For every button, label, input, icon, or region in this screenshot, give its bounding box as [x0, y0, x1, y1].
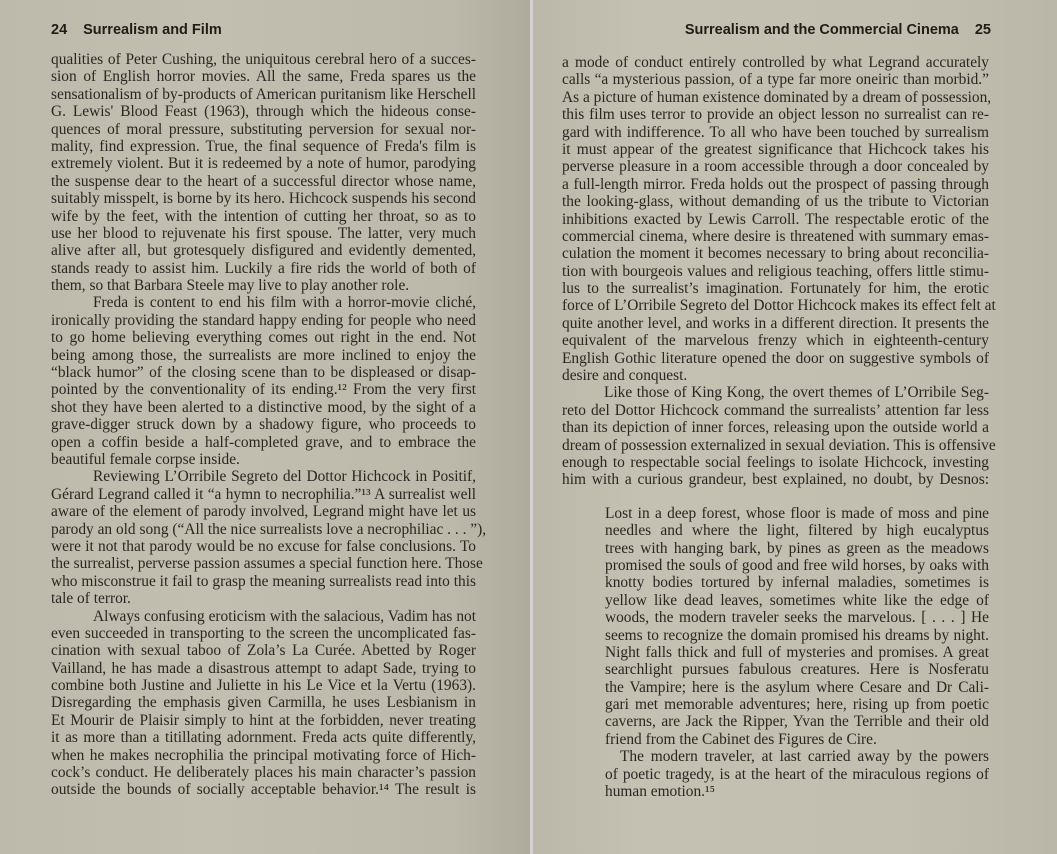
text-line: stands ready to assist him. Luckily a fi… — [51, 260, 476, 277]
text-line: cock’s conduct. He deliberately places h… — [51, 764, 476, 781]
text-line: it must appear of the greatest significa… — [562, 141, 989, 158]
text-line: G. Lewis' Blood Feast (1963), through wh… — [51, 103, 476, 120]
text-line: inhibitions exacted by Lewis Carroll. Th… — [562, 211, 989, 228]
text-line: gard with indifference. To all who have … — [562, 124, 989, 141]
text-line: dream of possession externalized in sexu… — [562, 437, 989, 454]
text-line: commercial cinema, where desire is threa… — [562, 228, 989, 245]
text-line: it as more than a titillating adornment.… — [51, 729, 476, 746]
text-line: wife by the feet, with the intention of … — [51, 208, 476, 225]
text-line: enough to respectable social feelings to… — [562, 454, 989, 471]
running-head-title-right: Surrealism and the Commercial Cinema — [685, 22, 959, 38]
text-line: perverse pleasure in a room accessible t… — [562, 158, 989, 175]
page-number-right: 25 — [975, 22, 991, 38]
text-line: mality, find expression. True, the final… — [51, 138, 476, 155]
text-line: English Gothic literature opened the doo… — [562, 350, 989, 367]
right-page-body: a mode of conduct entirely controlled by… — [562, 54, 989, 800]
text-line: grave-digger struck down by a shadowy fi… — [51, 416, 476, 433]
text-line: force of L’Orribile Segreto del Dottor H… — [562, 297, 989, 314]
quote-line: the Vampire; here is the asylum where Ce… — [605, 679, 989, 696]
running-head-left: 24Surrealism and Film — [51, 22, 222, 38]
text-line: him with a curious grandeur, best explai… — [562, 471, 989, 488]
right-page: Surrealism and the Commercial Cinema25 a… — [533, 0, 1057, 854]
text-line: suitably misspelt, is borne by its hero.… — [51, 190, 476, 207]
text-line: calls “a mysterious passion, of a type f… — [562, 71, 989, 88]
quote-line: seems to recognize the domain promised h… — [605, 627, 989, 644]
quote-paragraph-start: The modern traveler, at last carried awa… — [605, 748, 989, 765]
text-line: aware of the element of parody involved,… — [51, 503, 476, 520]
text-line: quences of moral pressure, substituting … — [51, 121, 476, 138]
text-line: Gérard Legrand called it “a hymn to necr… — [51, 486, 476, 503]
text-line: a mode of conduct entirely controlled by… — [562, 54, 989, 71]
text-line: even succeeded in transporting to the sc… — [51, 625, 476, 642]
text-line: being among those, the surrealists are m… — [51, 347, 476, 364]
text-line: desire and conquest. — [562, 367, 989, 384]
text-line: Disregarding the emphasis given Carmilla… — [51, 694, 476, 711]
text-line: to go home believing everything comes ou… — [51, 329, 476, 346]
left-page: 24Surrealism and Film qualities of Peter… — [0, 0, 530, 854]
text-line: the suspense dear to the heart of a succ… — [51, 173, 476, 190]
quote-line: needles and where the light, filtered by… — [605, 522, 989, 539]
quote-line: yellow like dead leaves, sometimes white… — [605, 592, 989, 609]
book-spread: 24Surrealism and Film qualities of Peter… — [0, 0, 1057, 854]
text-line: shot they have been alerted to a distinc… — [51, 399, 476, 416]
text-line: combine both Justine and Juliette in his… — [51, 677, 476, 694]
text-line: Vailland, he has made a disastrous attem… — [51, 660, 476, 677]
paragraph-start: Always confusing eroticism with the sala… — [51, 608, 476, 625]
text-line: when he makes necrophilia the principal … — [51, 747, 476, 764]
text-line: were it not that parody would be no excu… — [51, 538, 476, 555]
text-line: pointed by the conventionality of its en… — [51, 381, 476, 398]
text-line: them, so that Barbara Steele may live to… — [51, 277, 476, 294]
quote-line: woods, the modern traveler seeks the mar… — [605, 609, 989, 626]
text-line: the looking-glass, without demanding of … — [562, 193, 989, 210]
quote-line: of poetic tragedy, is at the heart of th… — [605, 766, 989, 783]
text-line: quite another level, and works in a diff… — [562, 315, 989, 332]
quote-line: friend from the Cabinet des Figures de C… — [605, 731, 989, 748]
text-line: ironically providing the standard happy … — [51, 312, 476, 329]
text-line: extremely violent. But it is redeemed by… — [51, 155, 476, 172]
running-head-right: Surrealism and the Commercial Cinema25 — [685, 22, 991, 38]
text-line: qualities of Peter Cushing, the uniquito… — [51, 51, 476, 68]
text-line: outside the bounds of socially acceptabl… — [51, 781, 476, 798]
quote-line: gari met memorable adventures; here, ris… — [605, 696, 989, 713]
text-line: “black humor” of the closing scene than … — [51, 364, 476, 381]
text-line: a full-length mirror. Freda holds out th… — [562, 176, 989, 193]
text-line: this film uses terror to provide an obje… — [562, 106, 989, 123]
text-line: beautiful female corpse inside. — [51, 451, 476, 468]
quote-line: promised the souls of good and free wild… — [605, 557, 989, 574]
desnos-blockquote: Lost in a deep forest, whose floor is ma… — [562, 505, 989, 801]
quote-line: searchlight pursues fabulous creatures. … — [605, 661, 989, 678]
text-line: culation the moment it becomes necessary… — [562, 245, 989, 262]
quote-line: trees with hanging bark, by pines as gre… — [605, 540, 989, 557]
page-number-left: 24 — [51, 22, 67, 38]
text-line: As a picture of human existence dominate… — [562, 89, 989, 106]
text-line: lus to the surrealist’s imagination. For… — [562, 280, 989, 297]
text-line: tion with bourgeois values and religious… — [562, 263, 989, 280]
text-line: sensationalism of by-products of America… — [51, 86, 476, 103]
text-line: alive after all, but grotesquely disfigu… — [51, 242, 476, 259]
quote-line: knotty bodies tortured by infernal malad… — [605, 574, 989, 591]
quote-line: Night falls thick and full of mysteries … — [605, 644, 989, 661]
blockquote-spacer — [562, 489, 989, 505]
quote-line: caverns, are Jack the Ripper, Yvan the T… — [605, 713, 989, 730]
quote-line: Lost in a deep forest, whose floor is ma… — [605, 505, 989, 522]
text-line: than its depiction of inner forces, rele… — [562, 419, 989, 436]
text-line: equivalent of the marvelous frenzy which… — [562, 332, 989, 349]
text-line: cination with sexual taboo of Zola’s La … — [51, 642, 476, 659]
paragraph-start: Freda is content to end his film with a … — [51, 294, 476, 311]
text-line: open a coffin beside a half-completed gr… — [51, 434, 476, 451]
paragraph-start: Like those of King Kong, the overt theme… — [562, 384, 989, 401]
text-line: parody an old song (“All the nice surrea… — [51, 521, 476, 538]
left-page-body: qualities of Peter Cushing, the uniquito… — [51, 51, 476, 799]
quote-line: human emotion.¹⁵ — [605, 783, 989, 800]
text-line: reto del Dottor Hichcock command the sur… — [562, 402, 989, 419]
text-line: who misconstrue it fail to grasp the mea… — [51, 573, 476, 590]
text-line: tale of terror. — [51, 590, 476, 607]
text-line: use her blood to rejuvenate his first sp… — [51, 225, 476, 242]
paragraph-start: Reviewing L’Orribile Segreto del Dottor … — [51, 468, 476, 485]
text-line: Et Mourir de Plaisir simply to hint at t… — [51, 712, 476, 729]
text-line: the surrealist, perverse passion assumes… — [51, 555, 476, 572]
text-line: sion of English horror movies. All the s… — [51, 68, 476, 85]
running-head-title-left: Surrealism and Film — [83, 22, 222, 38]
